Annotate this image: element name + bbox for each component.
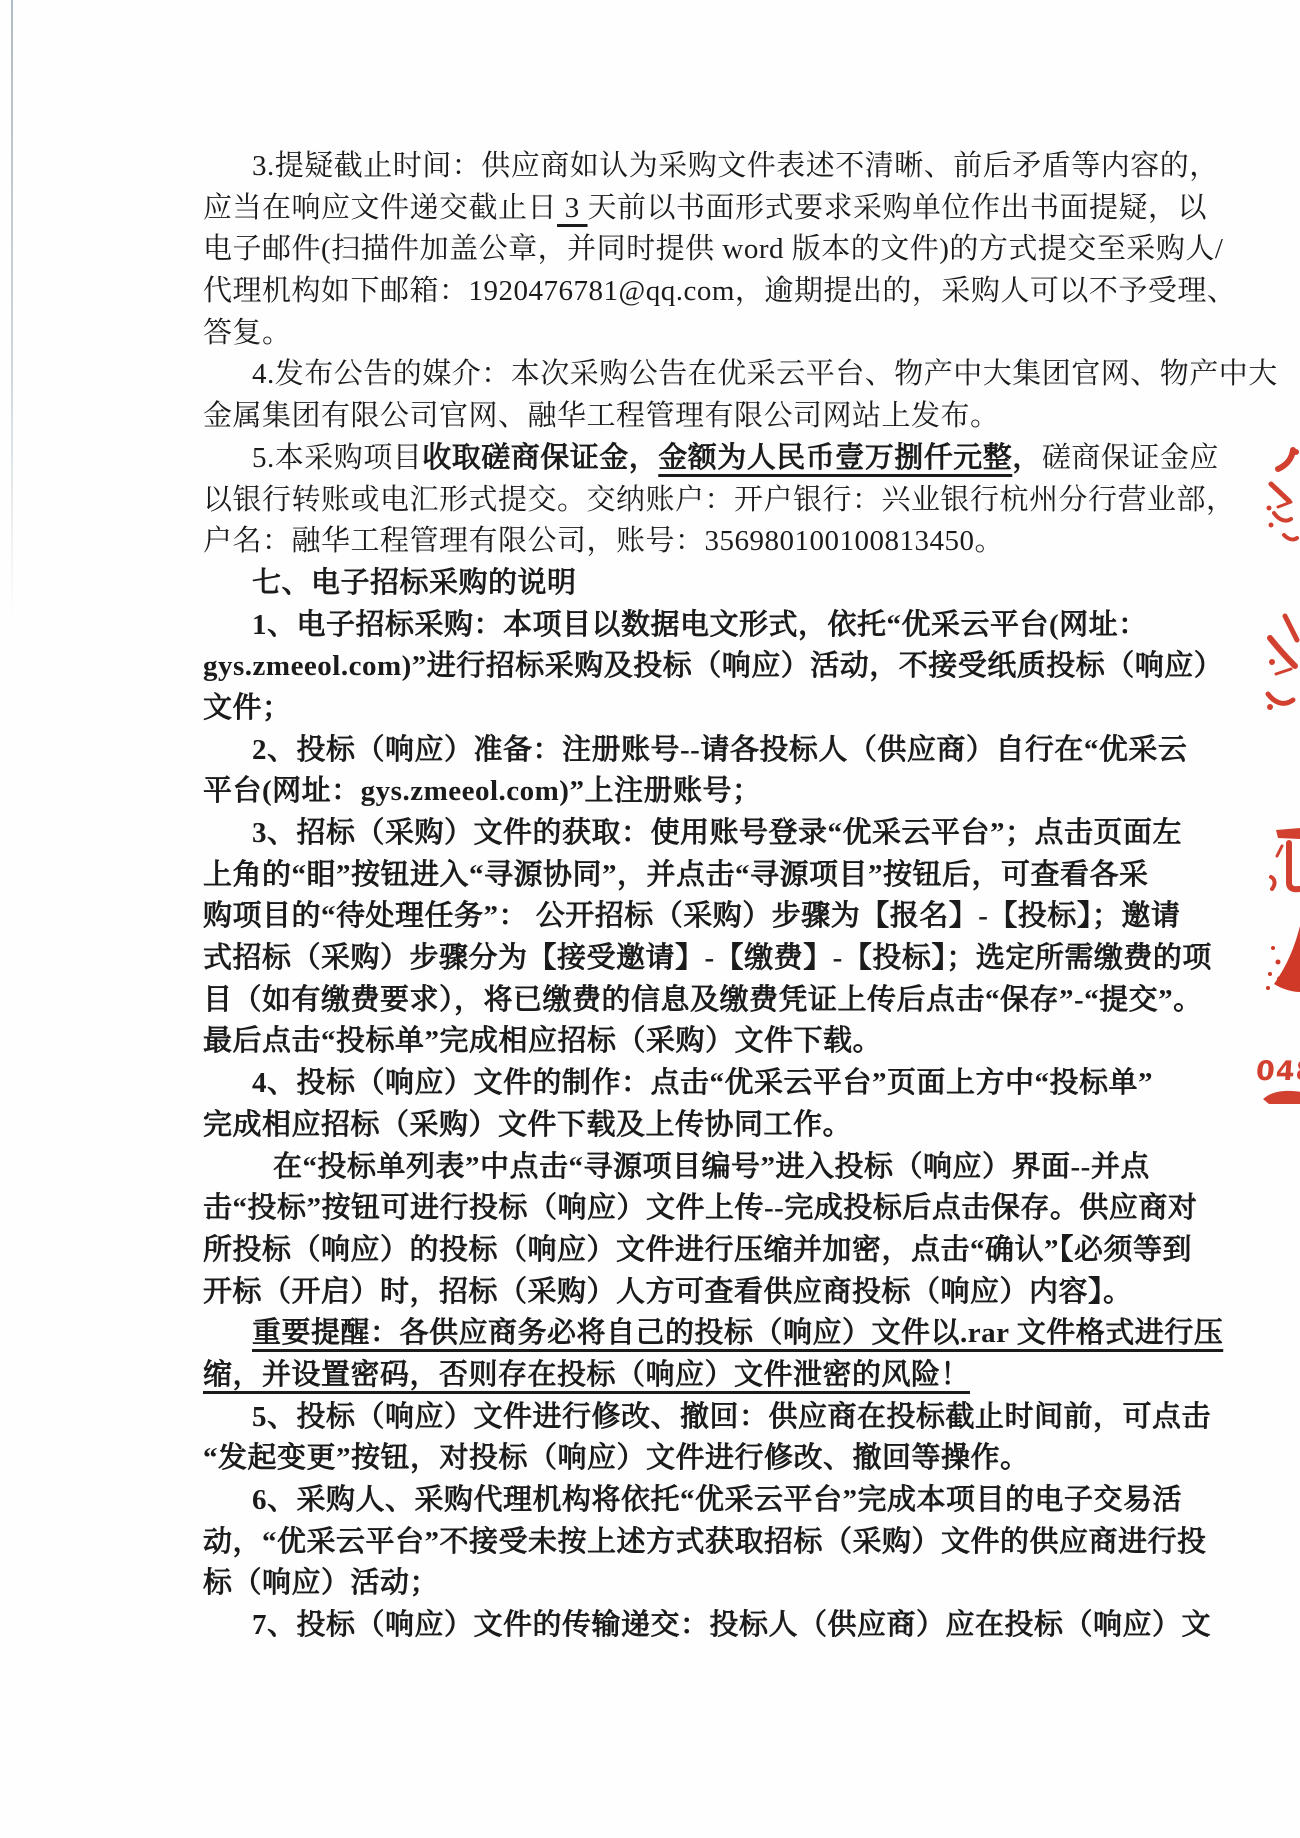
- bold-run: 收取磋商保证金，: [422, 442, 658, 474]
- seal-fragment-icon: [1268, 826, 1300, 911]
- bold-run: ，: [1012, 442, 1042, 474]
- text-line-22: 最后点击“投标单”完成相应招标（采购）文件下载。: [203, 1021, 1143, 1063]
- seal-fragment-icon: [1262, 1088, 1300, 1106]
- text-line-18: 上角的“䀠”按钮进入“寻源协同”，并点击“寻源项目”按钮后，可查看各采: [203, 855, 1143, 897]
- text-line-33: 6、采购人、采购代理机构将依托“优采云平台”完成本项目的电子交易活: [203, 1480, 1143, 1522]
- section-heading: 七、电子招标采购的说明: [203, 563, 1143, 605]
- text-line-27: 所投标（响应）的投标（响应）文件进行压缩并加密，点击“确认”【必须等到: [203, 1230, 1143, 1272]
- run: 天前以书面形式要求采购单位作出书面提疑，以: [588, 192, 1208, 224]
- text-line-3: 电子邮件(扫描件加盖公章，并同时提供 word 版本的文件)的方式提交至采购人/: [203, 229, 1143, 271]
- text-line-8: 5.本采购项目收取磋商保证金，金额为人民币壹万捌仟元整，磋商保证金应: [203, 438, 1143, 480]
- text-line-21: 目（如有缴费要求），将已缴费的信息及缴费凭证上传后点击“保存”-“提交”。: [203, 980, 1143, 1022]
- text-line-32: “发起变更”按钮，对投标（响应）文件进行修改、撤回等操作。: [203, 1438, 1143, 1480]
- text-line-2: 应当在响应文件递交截止日 3 天前以书面形式要求采购单位作出书面提疑，以: [203, 188, 1143, 230]
- text-line-26: 击“投标”按钮可进行投标（响应）文件上传--完成投标后点击保存。供应商对: [203, 1188, 1143, 1230]
- text-line-6: 4.发布公告的媒介：本次采购公告在优采云平台、物产中大集团官网、物产中大: [203, 354, 1143, 396]
- run: 5.本采购项目: [252, 442, 422, 474]
- text-line-1: 3.提疑截止时间：供应商如认为采购文件表述不清晰、前后矛盾等内容的，: [203, 146, 1143, 188]
- page-number-stamp: 048: [1255, 1056, 1300, 1087]
- text-line-5: 答复。: [203, 313, 1143, 355]
- important-notice-line-2: 缩，并设置密码，否则存在投标（响应）文件泄密的风险！: [203, 1355, 1143, 1397]
- run: 应当在响应文件递交截止日: [203, 192, 557, 224]
- text-line-31: 5、投标（响应）文件进行修改、撤回：供应商在投标截止时间前，可点击: [203, 1397, 1143, 1439]
- seal-fragment-icon: [1262, 610, 1300, 715]
- run: 磋商保证金应: [1042, 442, 1219, 474]
- text-line-17: 3、招标（采购）文件的获取：使用账号登录“优采云平台”；点击页面左: [203, 813, 1143, 855]
- seal-fragment-icon: [1264, 446, 1300, 546]
- text-line-20: 式招标（采购）步骤分为【接受邀请】-【缴费】-【投标】；选定所需缴费的项: [203, 938, 1143, 980]
- text-line-16: 平台(网址：gys.zmeeol.com)”上注册账号；: [203, 771, 1143, 813]
- text-line-25: 在“投标单列表”中点击“寻源项目编号”进入投标（响应）界面--并点: [203, 1147, 1143, 1189]
- scan-artifact-line: [11, 0, 13, 620]
- underlined-value: 3: [557, 192, 588, 224]
- seal-fragment-icon: [1266, 918, 1300, 1002]
- text-line-14: 文件；: [203, 688, 1143, 730]
- text-line-34: 动，“优采云平台”不接受未按上述方式获取招标（采购）文件的供应商进行投: [203, 1522, 1143, 1564]
- deposit-amount: 金额为人民币壹万捌仟元整: [658, 442, 1012, 474]
- important-notice-line-1: 重要提醒：各供应商务必将自己的投标（响应）文件以.rar 文件格式进行压: [203, 1313, 1143, 1355]
- text-line-28: 开标（开启）时，招标（采购）人方可查看供应商投标（响应）内容】。: [203, 1272, 1143, 1314]
- text-line-24: 完成相应招标（采购）文件下载及上传协同工作。: [203, 1105, 1143, 1147]
- text-line-36: 7、投标（响应）文件的传输递交：投标人（供应商）应在投标（响应）文: [203, 1605, 1143, 1647]
- text-line-9: 以银行转账或电汇形式提交。交纳账户：开户银行：兴业银行杭州分行营业部，: [203, 480, 1143, 522]
- document-text-block: 3.提疑截止时间：供应商如认为采购文件表述不清晰、前后矛盾等内容的， 应当在响应…: [203, 146, 1143, 1647]
- text-line-19: 购项目的“待处理任务”： 公开招标（采购）步骤为【报名】-【投标】；邀请: [203, 896, 1143, 938]
- text-line-13: gys.zmeeol.com)”进行招标采购及投标（响应）活动，不接受纸质投标（…: [203, 646, 1143, 688]
- document-page: 3.提疑截止时间：供应商如认为采购文件表述不清晰、前后矛盾等内容的， 应当在响应…: [0, 0, 1300, 1838]
- text-line-12: 1、电子招标采购：本项目以数据电文形式，依托“优采云平台(网址：: [203, 605, 1143, 647]
- text-line-15: 2、投标（响应）准备：注册账号--请各投标人（供应商）自行在“优采云: [203, 730, 1143, 772]
- text-line-10: 户名：融华工程管理有限公司，账号：356980100100813450。: [203, 521, 1143, 563]
- text-line-7: 金属集团有限公司官网、融华工程管理有限公司网站上发布。: [203, 396, 1143, 438]
- text-line-4: 代理机构如下邮箱：1920476781@qq.com，逾期提出的，采购人可以不予…: [203, 271, 1143, 313]
- text-line-35: 标（响应）活动；: [203, 1563, 1143, 1605]
- text-line-23: 4、投标（响应）文件的制作：点击“优采云平台”页面上方中“投标单”: [203, 1063, 1143, 1105]
